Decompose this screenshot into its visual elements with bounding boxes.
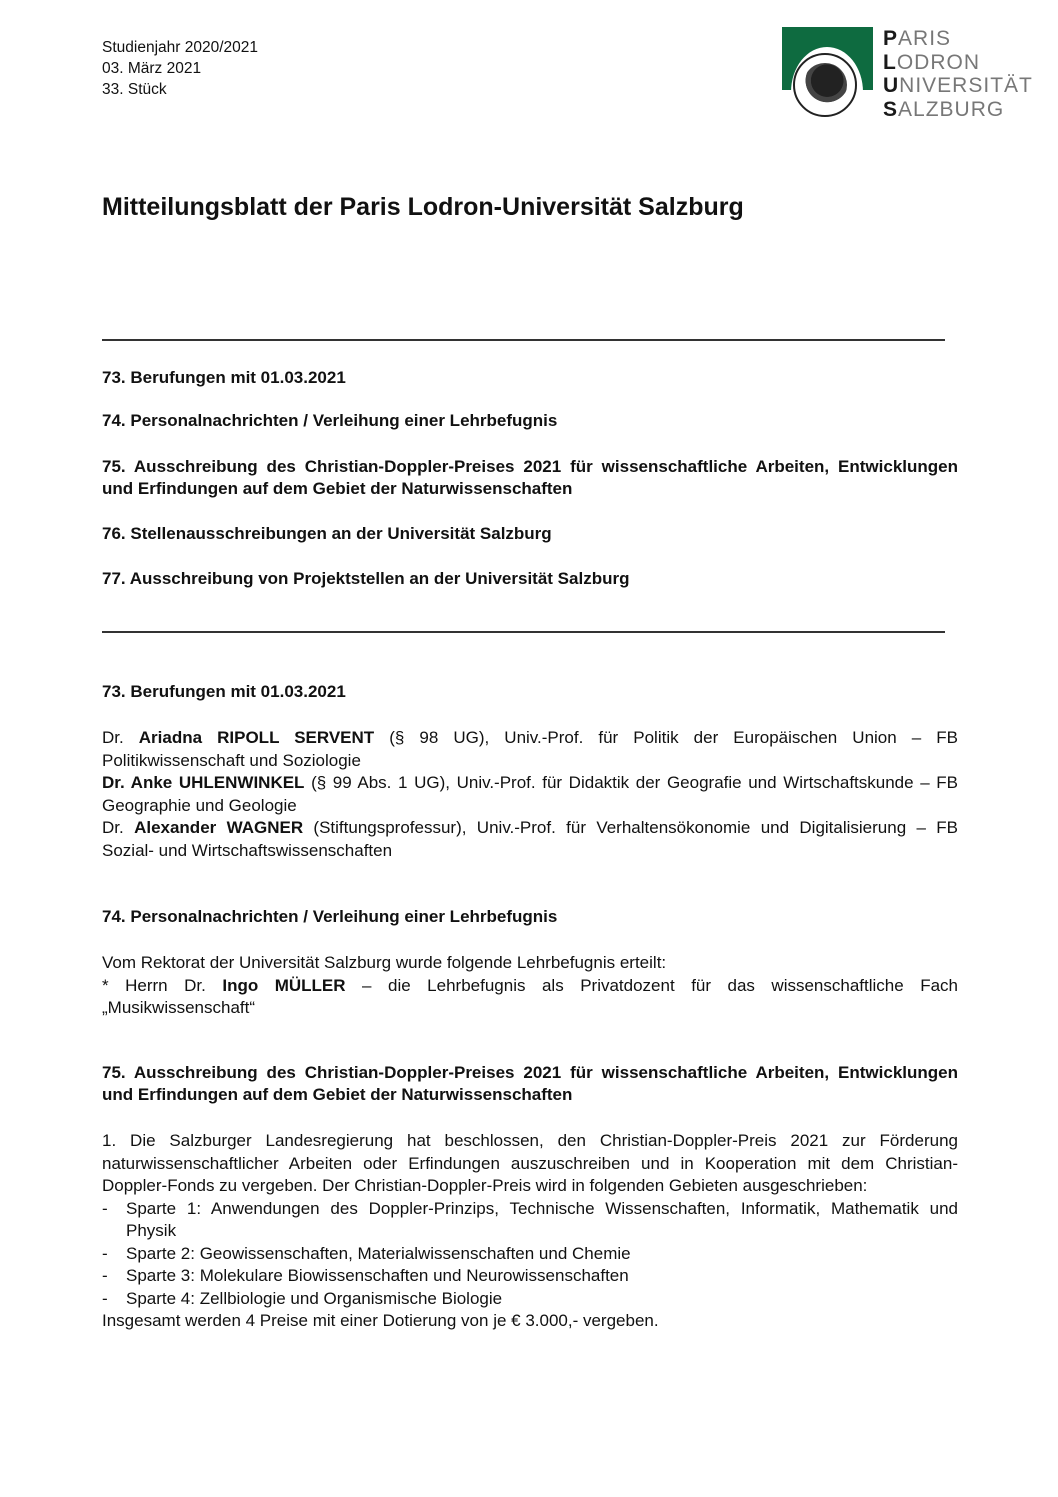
section-heading: 75. Ausschreibung des Christian-Doppler-…: [102, 1062, 958, 1106]
university-seal-icon: [793, 53, 857, 117]
toc-item: 75. Ausschreibung des Christian-Doppler-…: [102, 456, 958, 500]
divider: [102, 631, 945, 633]
list-item: Sparte 4: Zellbiologie und Organismische…: [102, 1288, 958, 1311]
appointment-entry: Dr. Alexander WAGNER (Stiftungsprofessur…: [102, 817, 958, 862]
toc-item: 77. Ausschreibung von Projektstellen an …: [102, 568, 958, 590]
appointment-entry: Dr. Anke UHLENWINKEL (§ 99 Abs. 1 UG), U…: [102, 772, 958, 817]
teaching-license-entry: * Herrn Dr. Ingo MÜLLER – die Lehrbefugn…: [102, 975, 958, 1020]
divider: [102, 339, 945, 341]
study-year: Studienjahr 2020/2021: [102, 37, 258, 58]
section-heading: 73. Berufungen mit 01.03.2021: [102, 681, 958, 703]
logo-wordmark: PARIS LODRON UNIVERSITÄT SALZBURG: [883, 27, 1033, 121]
issue-number: 33. Stück: [102, 79, 258, 100]
toc-item: 73. Berufungen mit 01.03.2021: [102, 367, 958, 389]
list-item: Sparte 1: Anwendungen des Doppler-Prinzi…: [102, 1198, 958, 1243]
category-list: Sparte 1: Anwendungen des Doppler-Prinzi…: [102, 1198, 958, 1311]
list-item: Sparte 3: Molekulare Biowissenschaften u…: [102, 1265, 958, 1288]
list-item: Sparte 2: Geowissenschaften, Materialwis…: [102, 1243, 958, 1266]
section-73: 73. Berufungen mit 01.03.2021 Dr. Ariadn…: [102, 681, 958, 862]
issue-meta: Studienjahr 2020/2021 03. März 2021 33. …: [102, 37, 258, 100]
university-logo: PARIS LODRON UNIVERSITÄT SALZBURG: [782, 27, 1042, 127]
issue-date: 03. März 2021: [102, 58, 258, 79]
section-intro: Vom Rektorat der Universität Salzburg wu…: [102, 952, 958, 975]
section-paragraph: 1. Die Salzburger Landesregierung hat be…: [102, 1130, 958, 1198]
toc-item: 76. Stellenausschreibungen an der Univer…: [102, 523, 958, 545]
section-74: 74. Personalnachrichten / Verleihung ein…: [102, 906, 958, 1020]
page-title: Mitteilungsblatt der Paris Lodron-Univer…: [102, 193, 744, 222]
section-heading: 74. Personalnachrichten / Verleihung ein…: [102, 906, 958, 928]
appointment-entry: Dr. Ariadna RIPOLL SERVENT (§ 98 UG), Un…: [102, 727, 958, 772]
toc-item: 74. Personalnachrichten / Verleihung ein…: [102, 410, 958, 432]
section-75: 75. Ausschreibung des Christian-Doppler-…: [102, 1062, 958, 1333]
section-paragraph: Insgesamt werden 4 Preise mit einer Doti…: [102, 1310, 958, 1333]
